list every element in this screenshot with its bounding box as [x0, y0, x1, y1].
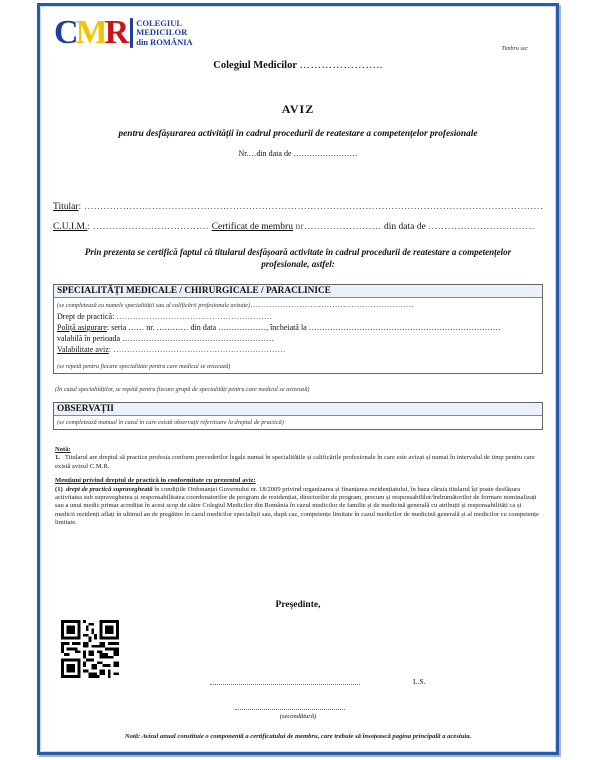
secretary-signature-line[interactable] [235, 709, 345, 710]
mention-item-1-number: (1) [55, 486, 63, 493]
mention-item-1: (1) drept de practică supravegheată în c… [55, 486, 540, 528]
repeat-note: (se repetă pentru fiecare specialitate p… [57, 361, 539, 372]
titular-label: Titular [53, 202, 79, 212]
note-item-1-text: Titularul are dreptul să practice profes… [55, 454, 535, 469]
specialty-hint-row: (se completează cu numele specialității … [57, 299, 539, 311]
titular-field[interactable]: : ……………………………………………………………………………………………………… [79, 202, 543, 212]
observations-heading: OBSERVAȚII [54, 403, 542, 416]
logo-letter-r: R [105, 14, 127, 51]
validity-field[interactable]: : ……………………………………………………… [109, 345, 286, 354]
notes-section: Notă: 1. Titularul are dreptul să practi… [55, 446, 540, 528]
certificate-date-field[interactable]: …………………………… [428, 222, 535, 232]
insurance-field[interactable]: : seria …… nr. ………… din data ………………, înc… [107, 323, 501, 332]
certificate-label: Certificat de membru [212, 222, 293, 232]
insurance-row: Poliță asigurare: seria …… nr. ………… din … [57, 322, 539, 333]
document-title: AVIZ [40, 102, 556, 117]
footer-note: Notă: Avizul anual constituie o componen… [40, 733, 556, 740]
document-page: CMR COLEGIUL MEDICILOR din ROMÂNIA Timbr… [37, 3, 559, 755]
specialty-hint: (se completează cu numele specialității … [57, 302, 250, 309]
group-note: (În cazul specialităților, se repetă pen… [55, 386, 310, 393]
certificate-date-label: din data de [384, 222, 428, 232]
college-field[interactable]: ………………….. [299, 60, 382, 71]
observations-body[interactable]: (se completează manual în cazul în care … [54, 416, 542, 429]
specialties-heading: SPECIALITĂȚI MEDICALE / CHIRURGICALE / P… [54, 285, 542, 298]
caduceus-icon [130, 18, 133, 48]
mention-item-1-bold: drept de practică supravegheată [66, 486, 153, 493]
cmr-logo: CMR COLEGIUL MEDICILOR din ROMÂNIA [54, 16, 193, 50]
college-label: Colegiul Medicilor [213, 60, 297, 71]
mentions-heading: Mențiuni privind dreptul de practică în … [55, 477, 540, 485]
validity-label: Valabilitate aviz [57, 345, 109, 354]
practice-row: Drept de practică: ………………………………………………… [57, 311, 539, 322]
observations-hint: (se completează manual în cazul în care … [57, 417, 539, 428]
specialties-box: SPECIALITĂȚI MEDICALE / CHIRURGICALE / P… [53, 284, 543, 374]
validity-row: Valabilitate aviz: ……………………………………………………… [57, 344, 539, 355]
specialty-field[interactable]: …………………………………………………… [250, 300, 414, 309]
certificate-number-field[interactable]: nr…………………… [293, 222, 384, 232]
document-subtitle: pentru desfășurarea activității în cadru… [40, 129, 556, 139]
notes-heading: Notă: [55, 446, 540, 454]
note-item-1: 1. Titularul are dreptul să practice pro… [55, 454, 540, 471]
president-signature-line[interactable] [210, 684, 360, 685]
cuim-row: C.U.I.M.: ……………………………… Certificat de mem… [53, 222, 543, 232]
validity-period-row[interactable]: valabilă în perioada ………………………………………………… [57, 333, 539, 344]
practice-label: Drept de practică: [57, 312, 116, 321]
note-item-1-number: 1. [55, 454, 60, 461]
seal-label: L.S. [413, 677, 426, 686]
logo-text: COLEGIUL MEDICILOR din ROMÂNIA [136, 19, 192, 48]
practice-field[interactable]: ………………………………………………… [116, 312, 272, 321]
logo-letter-c: C [54, 14, 76, 51]
cmr-logo-mark: CMR [54, 16, 126, 50]
stamp-label: Timbru sec [501, 46, 528, 52]
cuim-label: C.U.I.M. [53, 222, 87, 232]
qr-code-icon [61, 620, 119, 678]
titular-row: Titular: …………………………………………………………………………………… [53, 202, 543, 212]
president-label: Președinte, [40, 600, 556, 610]
certification-statement: Prin prezenta se certifică faptul că tit… [70, 246, 526, 270]
cuim-field[interactable]: : ……………………………… [87, 222, 211, 232]
number-date-field[interactable]: Nr.…din data de …………………… [40, 149, 556, 158]
specialties-body: (se completează cu numele specialității … [54, 298, 542, 373]
observations-box: OBSERVAȚII (se completează manual în caz… [53, 402, 543, 430]
logo-letter-m: M [76, 14, 105, 51]
secretary-label: (secondătură) [40, 713, 556, 720]
college-line: Colegiul Medicilor ………………….. [40, 60, 556, 71]
insurance-label: Poliță asigurare [57, 323, 107, 332]
logo-line-3: din ROMÂNIA [136, 38, 192, 48]
